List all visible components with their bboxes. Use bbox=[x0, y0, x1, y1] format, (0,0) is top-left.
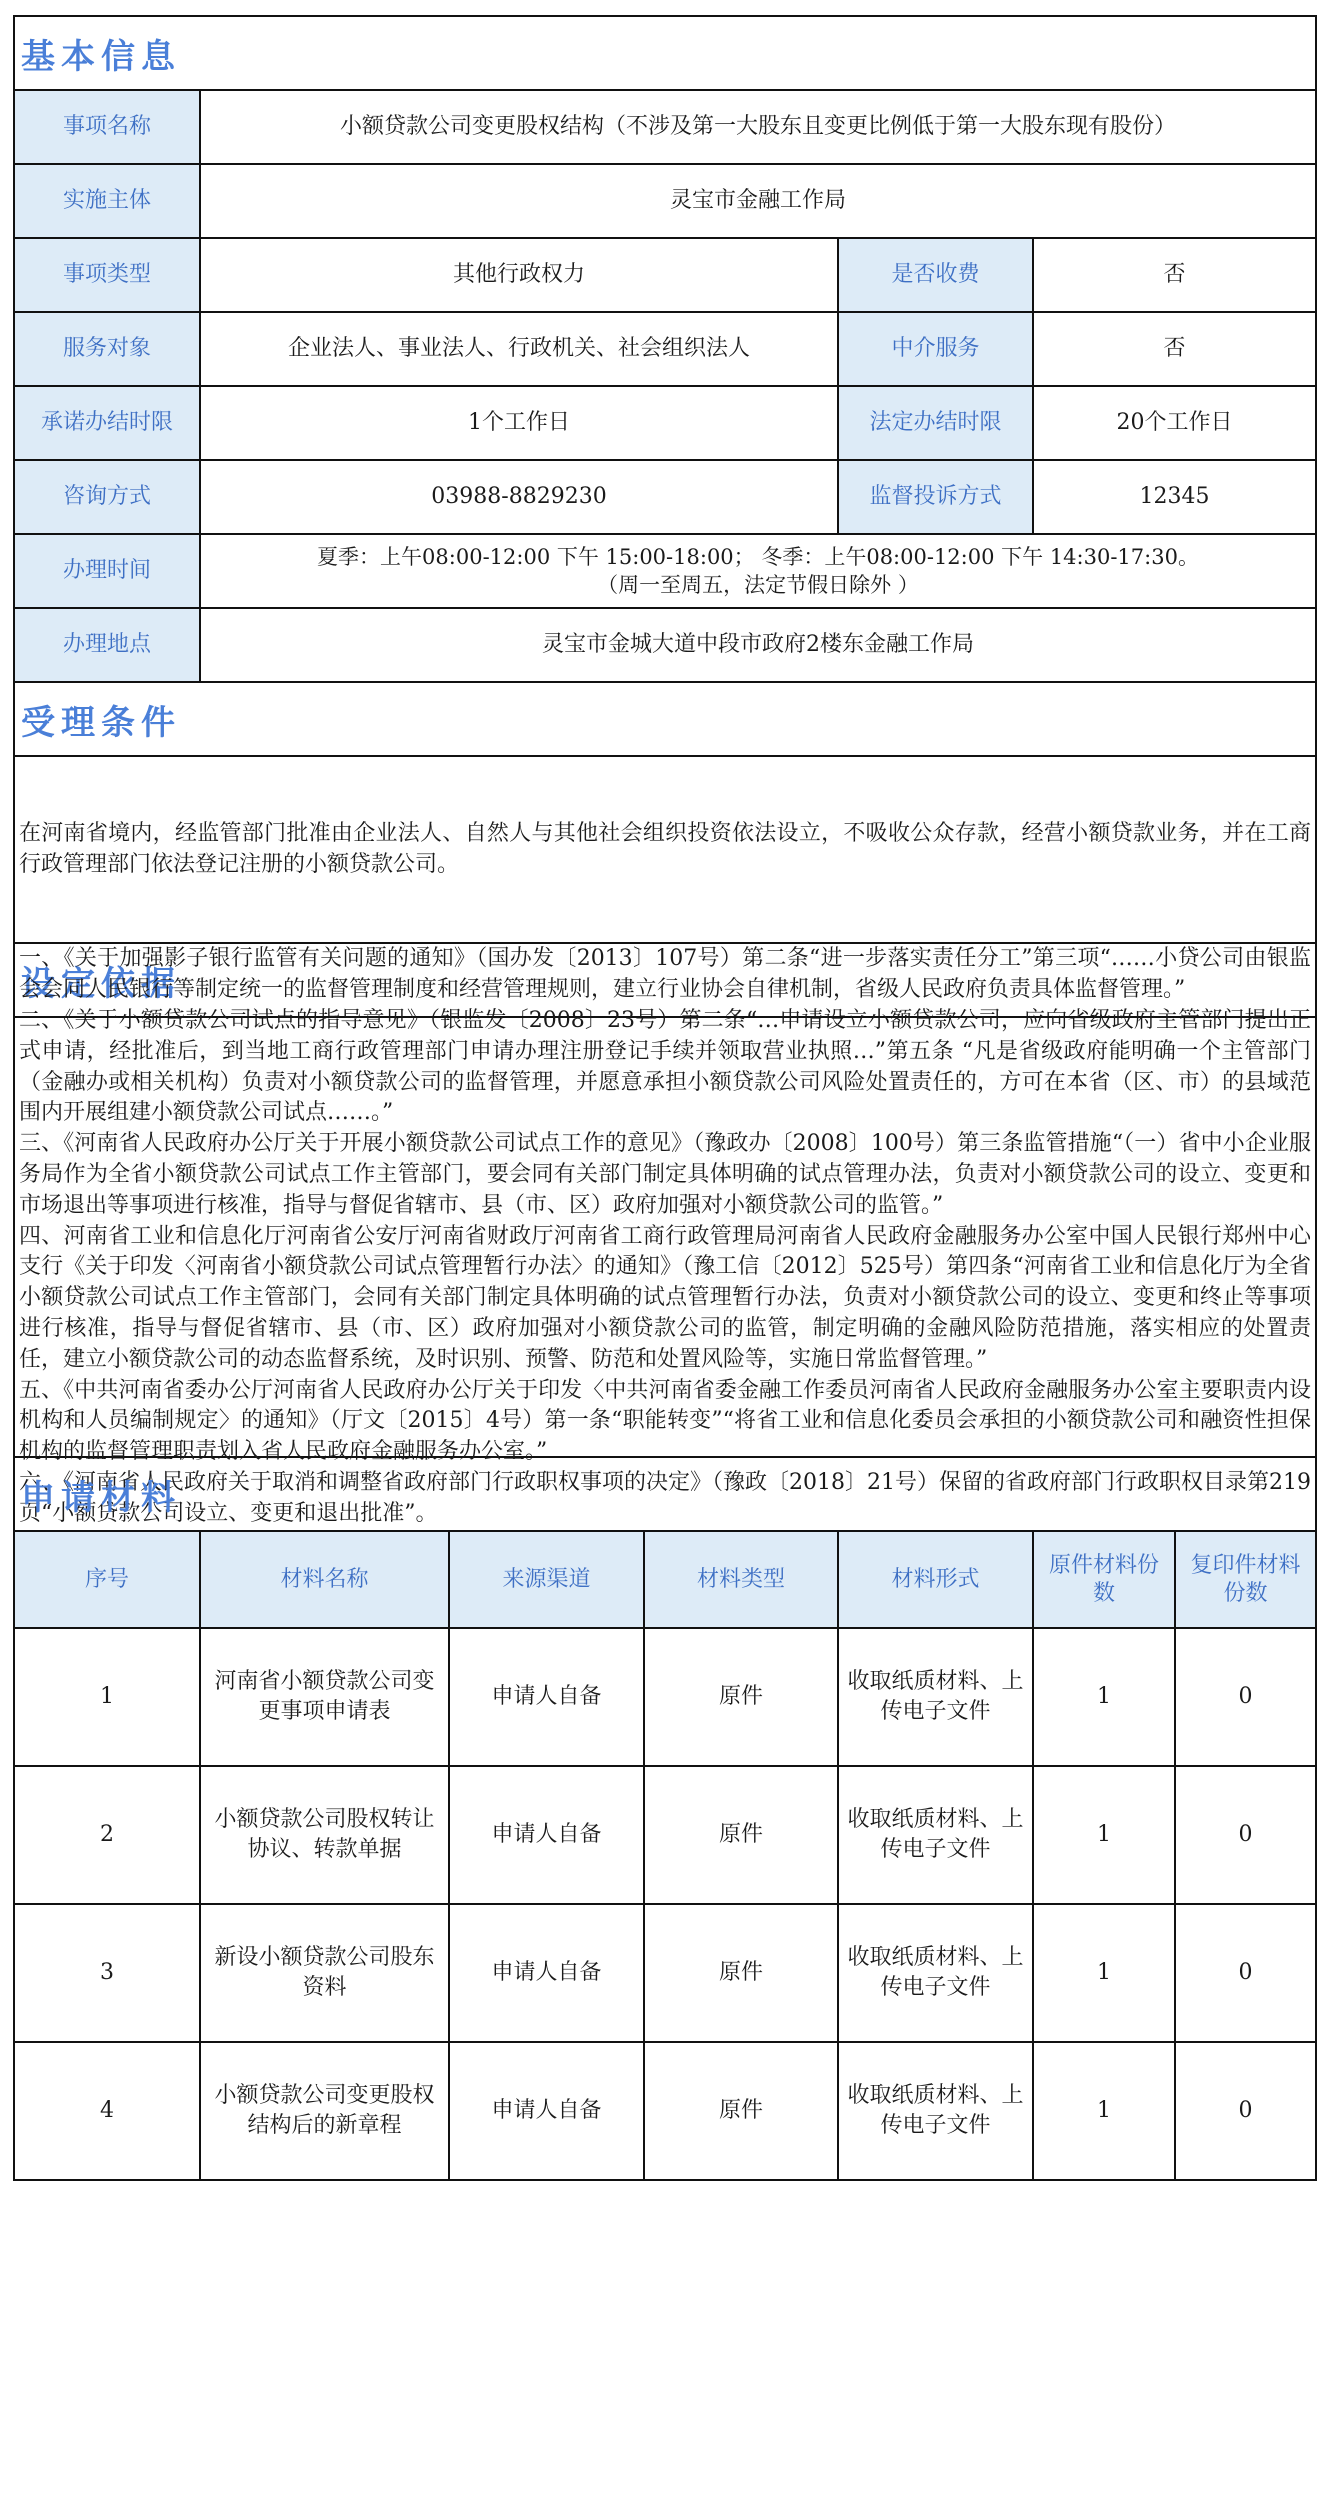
basis-paragraph: 二、《关于小额贷款公司试点的指导意见》（银监发〔2008〕23号）第二条“…申请… bbox=[19, 1006, 1311, 1129]
value-intermediary: 否 bbox=[1032, 313, 1315, 385]
cell-form: 收取纸质材料、上传电子文件 bbox=[837, 1767, 1032, 1903]
col-header-original-count: 原件材料份数 bbox=[1032, 1532, 1174, 1627]
row-implementing-body: 实施主体 灵宝市金融工作局 bbox=[15, 163, 1315, 237]
value-service-target: 企业法人、事业法人、行政机关、社会组织法人 bbox=[199, 313, 837, 385]
basis-paragraph: 五、《中共河南省委办公厅河南省人民政府办公厅关于印发〈中共河南省委金融工作委员河… bbox=[19, 1376, 1311, 1468]
cell-copy-count: 0 bbox=[1174, 1629, 1315, 1765]
section-conditions-header: 受理条件 bbox=[15, 681, 1315, 755]
label-location: 办理地点 bbox=[15, 609, 199, 681]
value-location: 灵宝市金城大道中段市政府2楼东金融工作局 bbox=[199, 609, 1315, 681]
col-header-form: 材料形式 bbox=[837, 1532, 1032, 1627]
service-guide-sheet: 基本信息 事项名称 小额贷款公司变更股权结构（不涉及第一大股东且变更比例低于第一… bbox=[13, 15, 1317, 2181]
row-service-target: 服务对象 企业法人、事业法人、行政机关、社会组织法人 中介服务 否 bbox=[15, 311, 1315, 385]
cell-name: 小额贷款公司股权转让协议、转款单据 bbox=[199, 1767, 448, 1903]
basis-paragraph: 六、《河南省人民政府关于取消和调整省政府部门行政职权事项的决定》（豫政〔2018… bbox=[19, 1468, 1311, 1530]
row-time-limits: 承诺办结时限 1个工作日 法定办结时限 20个工作日 bbox=[15, 385, 1315, 459]
cell-source: 申请人自备 bbox=[448, 1767, 643, 1903]
cell-type: 原件 bbox=[643, 1905, 837, 2041]
cell-name: 新设小额贷款公司股东资料 bbox=[199, 1905, 448, 2041]
row-conditions: 在河南省境内，经监管部门批准由企业法人、自然人与其他社会组织投资依法设立，不吸收… bbox=[15, 755, 1315, 942]
cell-form: 收取纸质材料、上传电子文件 bbox=[837, 1629, 1032, 1765]
value-promised-time: 1个工作日 bbox=[199, 387, 837, 459]
row-hours: 办理时间 夏季：上午08:00-12:00 下午 15:00-18:00； 冬季… bbox=[15, 533, 1315, 607]
cell-form: 收取纸质材料、上传电子文件 bbox=[837, 2043, 1032, 2179]
table-row: 2 小额贷款公司股权转让协议、转款单据 申请人自备 原件 收取纸质材料、上传电子… bbox=[15, 1765, 1315, 1903]
conditions-text: 在河南省境内，经监管部门批准由企业法人、自然人与其他社会组织投资依法设立，不吸收… bbox=[15, 757, 1315, 942]
table-row: 4 小额贷款公司变更股权结构后的新章程 申请人自备 原件 收取纸质材料、上传电子… bbox=[15, 2041, 1315, 2179]
cell-type: 原件 bbox=[643, 1629, 837, 1765]
label-charge: 是否收费 bbox=[837, 239, 1032, 311]
basis-text: 一、《关于加强影子银行监管有关问题的通知》（国办发〔2013〕107号）第二条“… bbox=[15, 1018, 1315, 1456]
cell-no: 1 bbox=[15, 1629, 199, 1765]
basis-paragraph: 四、河南省工业和信息化厅河南省公安厅河南省财政厅河南省工商行政管理局河南省人民政… bbox=[19, 1222, 1311, 1376]
cell-name: 河南省小额贷款公司变更事项申请表 bbox=[199, 1629, 448, 1765]
label-complaint: 监督投诉方式 bbox=[837, 461, 1032, 533]
cell-source: 申请人自备 bbox=[448, 1629, 643, 1765]
col-header-source: 来源渠道 bbox=[448, 1532, 643, 1627]
cell-no: 4 bbox=[15, 2043, 199, 2179]
materials-table-header: 序号 材料名称 来源渠道 材料类型 材料形式 原件材料份数 复印件材料份数 bbox=[15, 1530, 1315, 1627]
label-implementing-body: 实施主体 bbox=[15, 165, 199, 237]
cell-original-count: 1 bbox=[1032, 1905, 1174, 2041]
basis-paragraph: 三、《河南省人民政府办公厅关于开展小额贷款公司试点工作的意见》（豫政办〔2008… bbox=[19, 1129, 1311, 1221]
value-item-name: 小额贷款公司变更股权结构（不涉及第一大股东且变更比例低于第一大股东现有股份） bbox=[199, 91, 1315, 163]
cell-copy-count: 0 bbox=[1174, 2043, 1315, 2179]
value-hours: 夏季：上午08:00-12:00 下午 15:00-18:00； 冬季：上午08… bbox=[199, 535, 1315, 607]
section-title-basic-info: 基本信息 bbox=[15, 17, 181, 89]
value-charge: 否 bbox=[1032, 239, 1315, 311]
hours-line-2: （周一至周五，法定节假日除外 ） bbox=[597, 571, 919, 599]
row-basis: 一、《关于加强影子银行监管有关问题的通知》（国办发〔2013〕107号）第二条“… bbox=[15, 1016, 1315, 1456]
cell-no: 3 bbox=[15, 1905, 199, 2041]
col-header-copy-count: 复印件材料份数 bbox=[1174, 1532, 1315, 1627]
label-service-target: 服务对象 bbox=[15, 313, 199, 385]
value-implementing-body: 灵宝市金融工作局 bbox=[199, 165, 1315, 237]
col-header-type: 材料类型 bbox=[643, 1532, 837, 1627]
row-location: 办理地点 灵宝市金城大道中段市政府2楼东金融工作局 bbox=[15, 607, 1315, 681]
cell-copy-count: 0 bbox=[1174, 1905, 1315, 2041]
cell-name: 小额贷款公司变更股权结构后的新章程 bbox=[199, 2043, 448, 2179]
value-complaint-phone: 12345 bbox=[1032, 461, 1315, 533]
col-header-name: 材料名称 bbox=[199, 1532, 448, 1627]
cell-source: 申请人自备 bbox=[448, 1905, 643, 2041]
row-item-type: 事项类型 其他行政权力 是否收费 否 bbox=[15, 237, 1315, 311]
row-contact: 咨询方式 03988-8829230 监督投诉方式 12345 bbox=[15, 459, 1315, 533]
label-legal-time: 法定办结时限 bbox=[837, 387, 1032, 459]
table-row: 3 新设小额贷款公司股东资料 申请人自备 原件 收取纸质材料、上传电子文件 1 … bbox=[15, 1903, 1315, 2041]
section-title-conditions: 受理条件 bbox=[15, 683, 181, 755]
cell-original-count: 1 bbox=[1032, 1767, 1174, 1903]
row-item-name: 事项名称 小额贷款公司变更股权结构（不涉及第一大股东且变更比例低于第一大股东现有… bbox=[15, 89, 1315, 163]
value-consult-phone: 03988-8829230 bbox=[199, 461, 837, 533]
label-intermediary: 中介服务 bbox=[837, 313, 1032, 385]
basis-paragraph: 一、《关于加强影子银行监管有关问题的通知》（国办发〔2013〕107号）第二条“… bbox=[19, 944, 1311, 1006]
label-item-type: 事项类型 bbox=[15, 239, 199, 311]
cell-original-count: 1 bbox=[1032, 1629, 1174, 1765]
cell-no: 2 bbox=[15, 1767, 199, 1903]
cell-source: 申请人自备 bbox=[448, 2043, 643, 2179]
section-title-materials: 申请材料 bbox=[15, 1458, 181, 1530]
label-consult: 咨询方式 bbox=[15, 461, 199, 533]
value-item-type: 其他行政权力 bbox=[199, 239, 837, 311]
label-promised-time: 承诺办结时限 bbox=[15, 387, 199, 459]
table-row: 1 河南省小额贷款公司变更事项申请表 申请人自备 原件 收取纸质材料、上传电子文… bbox=[15, 1627, 1315, 1765]
cell-original-count: 1 bbox=[1032, 2043, 1174, 2179]
cell-type: 原件 bbox=[643, 2043, 837, 2179]
value-legal-time: 20个工作日 bbox=[1032, 387, 1315, 459]
label-item-name: 事项名称 bbox=[15, 91, 199, 163]
section-basic-info-header: 基本信息 bbox=[15, 15, 1315, 89]
cell-form: 收取纸质材料、上传电子文件 bbox=[837, 1905, 1032, 2041]
cell-copy-count: 0 bbox=[1174, 1767, 1315, 1903]
col-header-no: 序号 bbox=[15, 1532, 199, 1627]
cell-type: 原件 bbox=[643, 1767, 837, 1903]
label-hours: 办理时间 bbox=[15, 535, 199, 607]
hours-line-1: 夏季：上午08:00-12:00 下午 15:00-18:00； 冬季：上午08… bbox=[317, 543, 1199, 571]
